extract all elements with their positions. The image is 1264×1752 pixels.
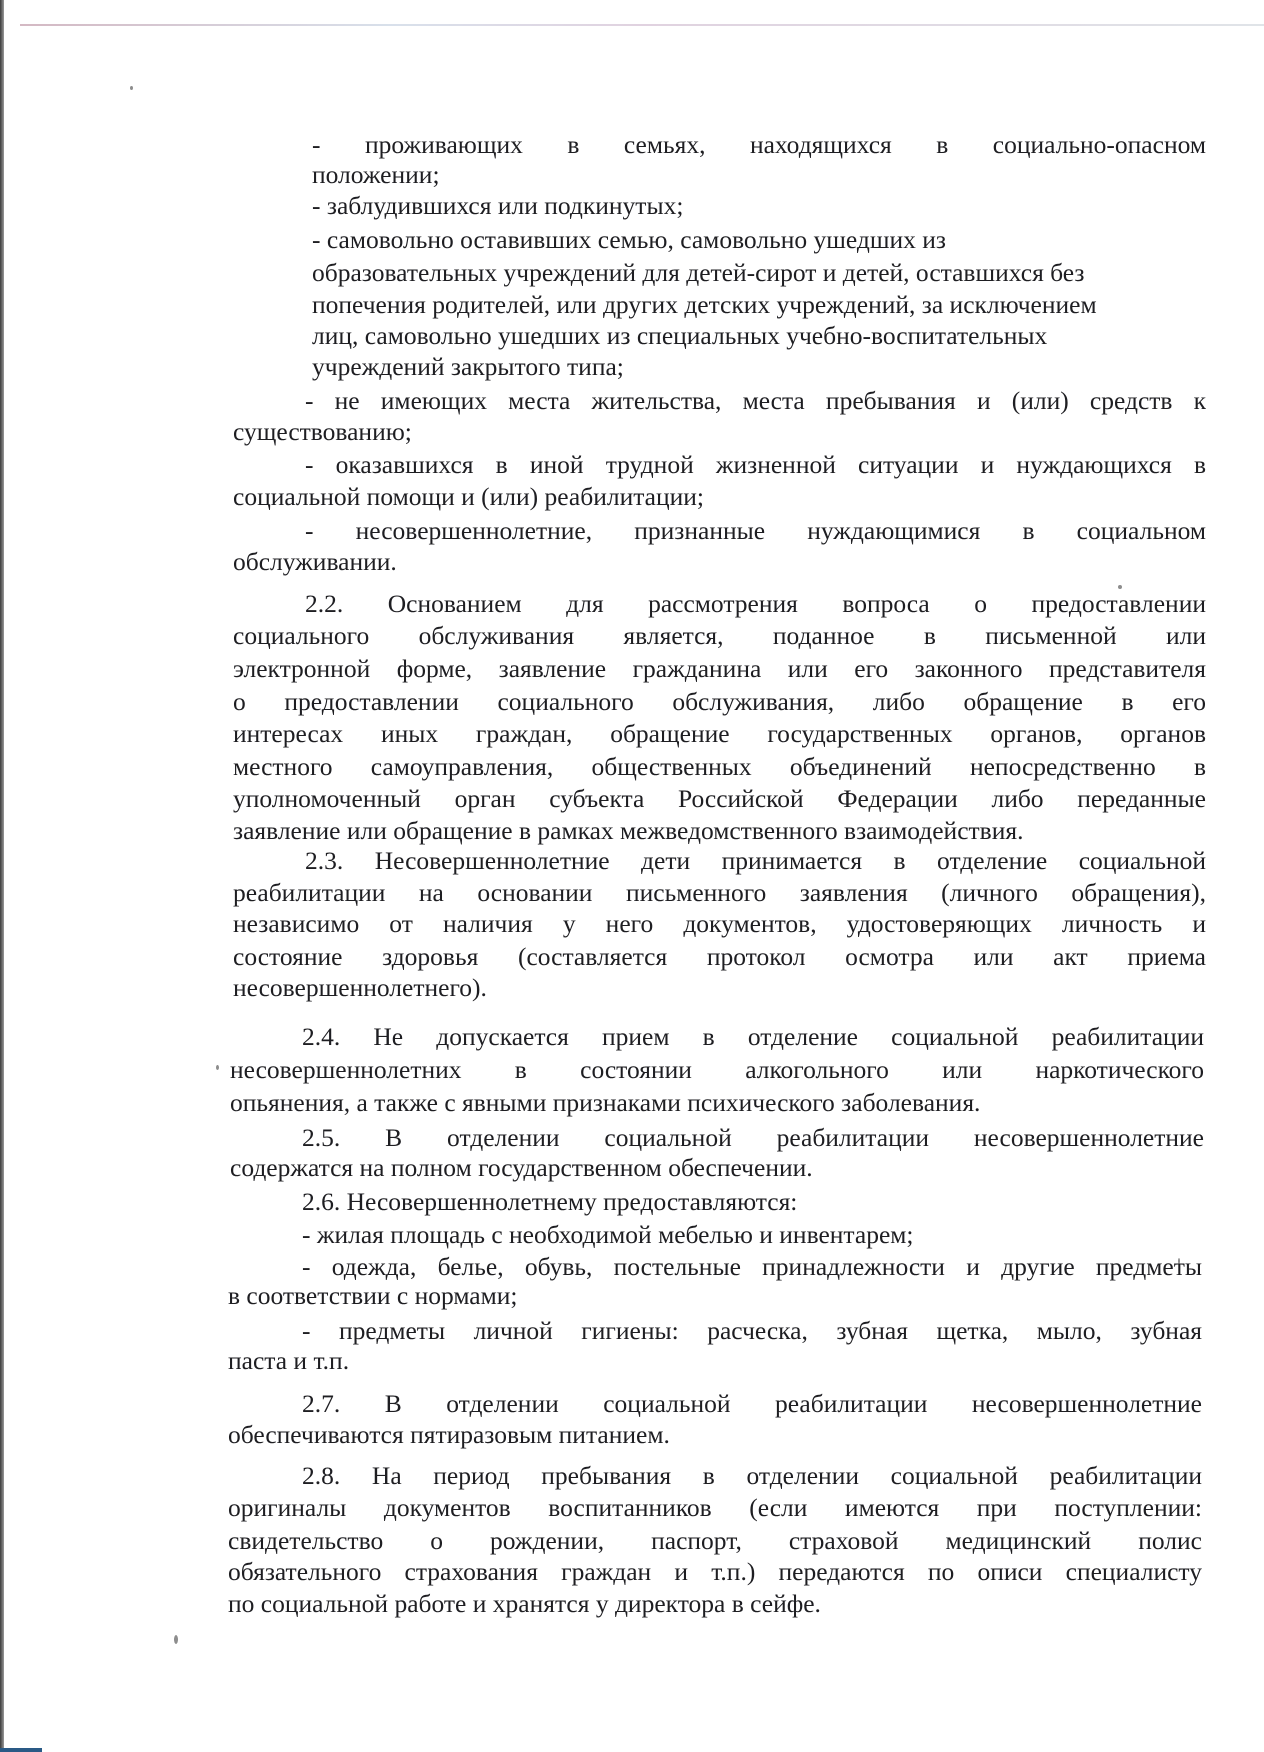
document-text-line: независимо от наличия у него документов,… bbox=[233, 909, 1206, 939]
document-text-line: 2.2. Основанием для рассмотрения вопроса… bbox=[305, 589, 1206, 619]
document-text-line: оригиналы документов воспитанников (если… bbox=[228, 1493, 1202, 1523]
document-text-line: - несовершеннолетние, признанные нуждающ… bbox=[305, 516, 1206, 546]
document-text-line: обязательного страхования граждан и т.п.… bbox=[228, 1557, 1202, 1587]
document-text-line: попечения родителей, или других детских … bbox=[312, 290, 1206, 320]
document-text-line: 2.5. В отделении социальной реабилитации… bbox=[302, 1123, 1204, 1153]
document-text-line: свидетельство о рождении, паспорт, страх… bbox=[228, 1526, 1202, 1556]
document-text-line: опьянения, а также с явными признаками п… bbox=[230, 1088, 1204, 1118]
document-text-line: социальной помощи и (или) реабилитации; bbox=[233, 482, 1206, 512]
scan-speck bbox=[174, 1635, 178, 1644]
document-text-line: 2.6. Несовершеннолетнему предоставляются… bbox=[302, 1187, 1204, 1217]
document-text-line: обеспечиваются пятиразовым питанием. bbox=[228, 1420, 1202, 1450]
document-text-line: местного самоуправления, общественных об… bbox=[233, 752, 1206, 782]
document-text-line: паста и т.п. bbox=[228, 1346, 1202, 1376]
document-text-line: несовершеннолетних в состоянии алкогольн… bbox=[230, 1055, 1204, 1085]
document-text-line: существованию; bbox=[233, 417, 1206, 447]
document-text-line: социального обслуживания является, подан… bbox=[233, 621, 1206, 651]
document-text-line: 2.3. Несовершеннолетние дети принимается… bbox=[305, 846, 1206, 876]
document-text-line: реабилитации на основании письменного за… bbox=[233, 878, 1206, 908]
document-text-line: образовательных учреждений для детей-сир… bbox=[312, 258, 1206, 288]
document-text-line: - самовольно оставивших семью, самовольн… bbox=[312, 225, 1206, 255]
document-text-line: учреждений закрытого типа; bbox=[312, 352, 1206, 382]
document-text-line: интересах иных граждан, обращение госуда… bbox=[233, 719, 1206, 749]
document-text-line: - проживающих в семьях, находящихся в со… bbox=[312, 130, 1206, 160]
document-text-line: состояние здоровья (составляется протоко… bbox=[233, 942, 1206, 972]
document-text-line: электронной форме, заявление гражданина … bbox=[233, 654, 1206, 684]
document-text-line: несовершеннолетнего). bbox=[233, 973, 1206, 1003]
document-text-line: 2.4. Не допускается прием в отделение со… bbox=[302, 1022, 1204, 1052]
document-text-line: - одежда, белье, обувь, постельные прина… bbox=[302, 1252, 1202, 1282]
document-text-line: заявление или обращение в рамках межведо… bbox=[233, 816, 1206, 846]
scan-speck bbox=[130, 86, 133, 90]
document-text-line: по социальной работе и хранятся у директ… bbox=[228, 1589, 1202, 1619]
document-text-line: - жилая площадь с необходимой мебелью и … bbox=[302, 1220, 1204, 1250]
document-text-line: содержатся на полном государственном обе… bbox=[230, 1153, 1204, 1183]
scan-speck bbox=[216, 1065, 219, 1070]
scan-left-edge bbox=[0, 0, 4, 1752]
document-text-line: уполномоченный орган субъекта Российской… bbox=[233, 784, 1206, 814]
document-text-line: о предоставлении социального обслуживани… bbox=[233, 687, 1206, 717]
document-text-line: в соответствии с нормами; bbox=[228, 1281, 1202, 1311]
scan-corner-mark bbox=[0, 1748, 42, 1752]
document-text-line: 2.8. На период пребывания в отделении со… bbox=[302, 1461, 1202, 1491]
document-text-line: лиц, самовольно ушедших из специальных у… bbox=[312, 321, 1206, 351]
document-text-line: - не имеющих места жительства, места пре… bbox=[305, 386, 1206, 416]
document-text-line: положении; bbox=[312, 160, 1206, 190]
document-text-line: обслуживании. bbox=[233, 547, 1206, 577]
document-text-line: - оказавшихся в иной трудной жизненной с… bbox=[305, 450, 1206, 480]
scan-top-border-line bbox=[20, 24, 1264, 26]
document-text-line: - заблудившихся или подкинутых; bbox=[312, 191, 1206, 221]
document-text-line: - предметы личной гигиены: расческа, зуб… bbox=[302, 1316, 1202, 1346]
document-text-line: 2.7. В отделении социальной реабилитации… bbox=[302, 1389, 1202, 1419]
